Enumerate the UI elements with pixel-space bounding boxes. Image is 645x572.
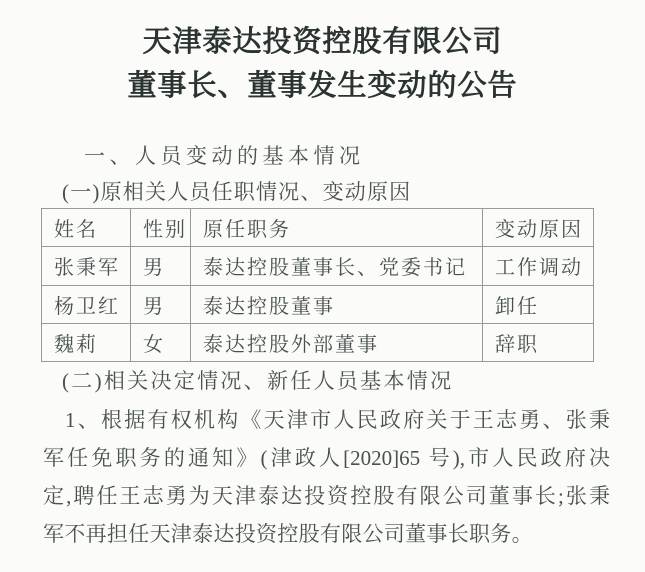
cell-former-position: 泰达控股董事	[191, 285, 483, 323]
header-former-position: 原任职务	[191, 209, 483, 247]
document-title-line-2: 董事长、董事发生变动的公告	[0, 64, 645, 108]
cell-gender: 男	[131, 247, 191, 285]
document-title-line-1: 天津泰达投资控股有限公司	[0, 20, 645, 64]
cell-name: 张秉军	[42, 247, 131, 285]
cell-former-position: 泰达控股外部董事	[191, 323, 483, 361]
cell-former-position: 泰达控股董事长、党委书记	[191, 247, 483, 285]
table-row: 杨卫红 男 泰达控股董事 卸任	[42, 285, 594, 323]
cell-change-reason: 工作调动	[483, 247, 594, 285]
cell-change-reason: 卸任	[483, 285, 594, 323]
body-paragraph-line-1: 1、根据有权机构《天津市人民政府关于王志勇、张秉	[43, 408, 610, 432]
cell-gender: 男	[131, 285, 191, 323]
cell-name: 杨卫红	[42, 285, 131, 323]
table-row: 魏莉 女 泰达控股外部董事 辞职	[42, 323, 594, 361]
body-paragraph-line-4: 军不再担任天津泰达投资控股有限公司董事长职务。	[43, 522, 610, 546]
subsection-1-heading: (一)原相关人员任职情况、变动原因	[62, 181, 411, 203]
section-1-heading: 一、人员变动的基本情况	[84, 145, 365, 167]
subsection-2-heading: (二)相关决定情况、新任人员基本情况	[62, 370, 453, 392]
table-row: 张秉军 男 泰达控股董事长、党委书记 工作调动	[42, 247, 594, 285]
cell-change-reason: 辞职	[483, 323, 594, 361]
header-gender: 性别	[131, 209, 191, 247]
cell-gender: 女	[131, 323, 191, 361]
cell-name: 魏莉	[42, 323, 131, 361]
personnel-change-table: 姓名 性别 原任职务 变动原因 张秉军 男 泰达控股董事长、党委书记 工作调动 …	[41, 208, 594, 362]
announcement-page: 天津泰达投资控股有限公司 董事长、董事发生变动的公告 一、人员变动的基本情况 (…	[0, 0, 645, 572]
body-paragraph-line-3: 定,聘任王志勇为天津泰达投资控股有限公司董事长;张秉	[43, 484, 610, 508]
document-title: 天津泰达投资控股有限公司 董事长、董事发生变动的公告	[0, 20, 645, 108]
header-name: 姓名	[42, 209, 131, 247]
header-change-reason: 变动原因	[483, 209, 594, 247]
body-paragraph-line-2: 军任免职务的通知》(津政人[2020]65 号),市人民政府决	[43, 446, 610, 470]
table-header-row: 姓名 性别 原任职务 变动原因	[42, 209, 594, 247]
